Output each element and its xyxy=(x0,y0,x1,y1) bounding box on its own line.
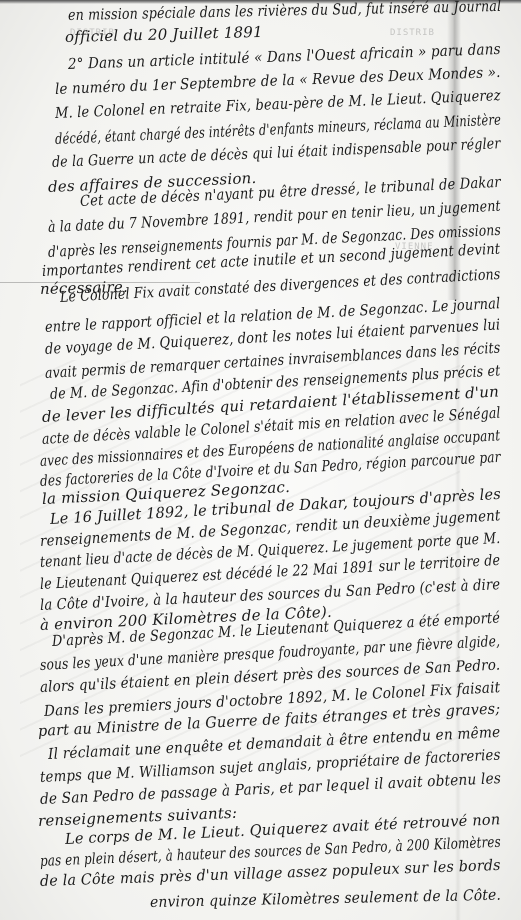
handwritten-line: officiel du 20 Juillet 1891 xyxy=(65,23,263,46)
faint-stamp: DISTRIB xyxy=(390,28,435,38)
manuscript-page: DISTRIB DISTRIB VIENNE en mission spécia… xyxy=(0,0,521,920)
handwritten-line: environ quinze Kilomètres seulement de l… xyxy=(150,886,501,911)
